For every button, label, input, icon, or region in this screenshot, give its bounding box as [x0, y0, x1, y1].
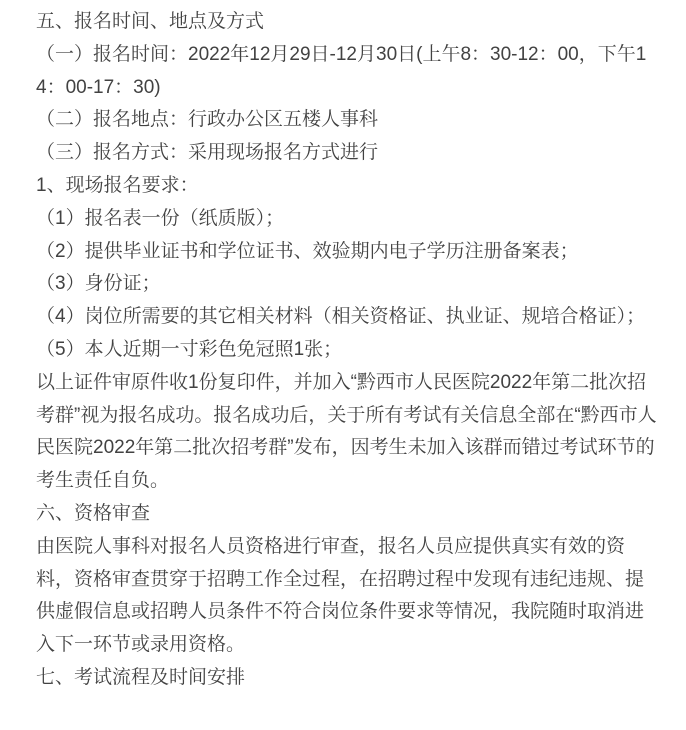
para-requirement-item-4: （4）岗位所需要的其它相关材料（相关资格证、执业证、规培合格证）；: [36, 301, 660, 334]
article-body: 五、报名时间、地点及方式 （一）报名时间：2022年12月29日-12月30日(…: [0, 0, 686, 695]
para-requirement-item-1: （1）报名表一份（纸质版）；: [36, 203, 660, 236]
para-requirement-item-5: （5）本人近期一寸彩色免冠照1张；: [36, 334, 660, 367]
heading-section-7: 七、考试流程及时间安排: [36, 662, 660, 695]
para-requirement-item-3: （3）身份证；: [36, 268, 660, 301]
subheading-onsite-requirements: 1、现场报名要求：: [36, 170, 660, 203]
para-registration-method: （三）报名方式：采用现场报名方式进行: [36, 137, 660, 170]
heading-section-6: 六、资格审查: [36, 498, 660, 531]
para-registration-location: （二）报名地点：行政办公区五楼人事科: [36, 104, 660, 137]
para-requirement-item-2: （2）提供毕业证书和学位证书、效验期内电子学历注册备案表；: [36, 236, 660, 269]
heading-section-5: 五、报名时间、地点及方式: [36, 6, 660, 39]
para-qualification-review: 由医院人事科对报名人员资格进行审查，报名人员应提供真实有效的资料，资格审查贯穿于…: [36, 531, 660, 662]
para-submission-notice: 以上证件审原件收1份复印件，并加入“黔西市人民医院2022年第二批次招考群”视为…: [36, 367, 660, 498]
para-registration-time: （一）报名时间：2022年12月29日-12月30日(上午8：30-12：00，…: [36, 39, 660, 105]
